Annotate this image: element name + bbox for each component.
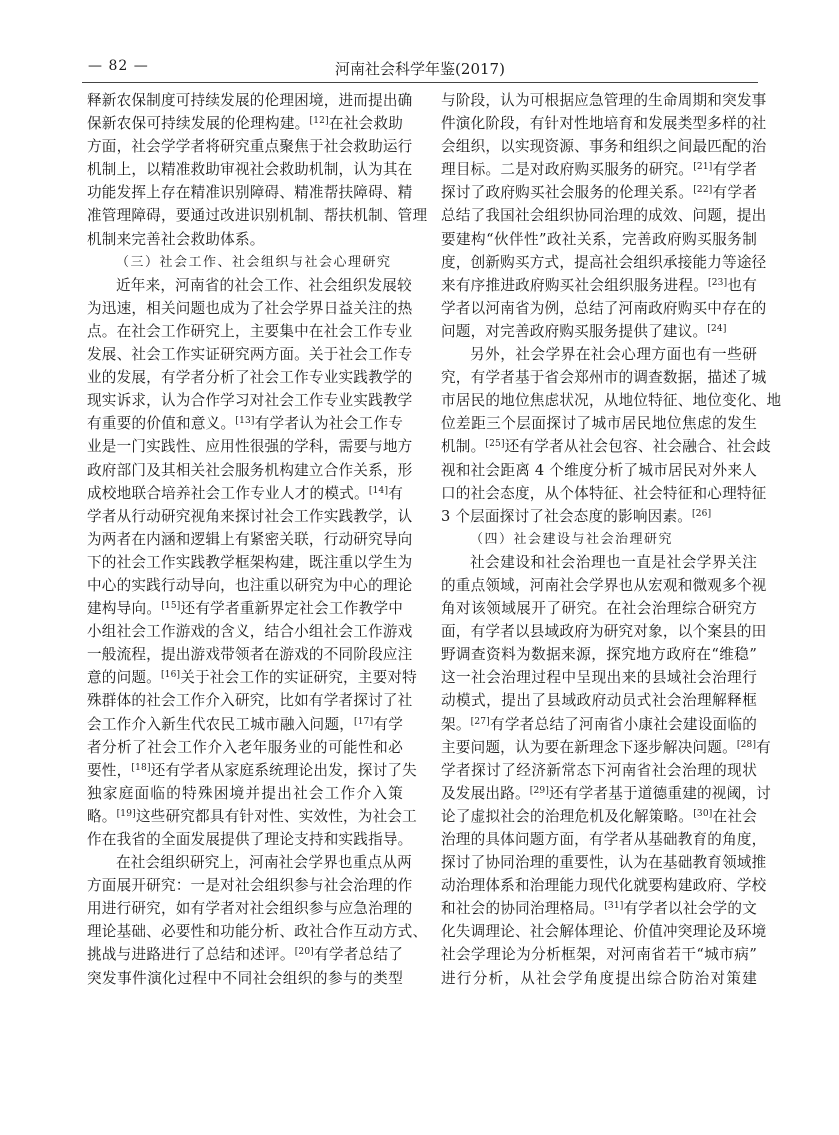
text-line: 机制。[25]还有学者从社会包容、社会融合、社会歧 (441, 435, 757, 458)
text-line: 进行分析，从社会学角度提出综合防治对策建 (441, 967, 757, 990)
text-line: 现实诉求，认为合作学习对社会工作专业实践教学 (87, 389, 403, 412)
line-text-continued: 有学者认为社会工作专 (255, 415, 403, 432)
line-text: 有重要的价值和意义。 (87, 415, 235, 432)
text-line: 建构导向。[15]还有学者重新界定社会工作教学中 (87, 597, 403, 620)
line-text: 架。 (441, 716, 471, 733)
line-text-continued: 还有学者基于道德重建的视阈，讨 (549, 785, 771, 802)
text-line: 总结了我国社会组织协同治理的成效、问题，提出 (441, 204, 757, 227)
citation-ref: [21] (693, 162, 712, 172)
line-text: 建构导向。 (87, 600, 161, 617)
text-line: 中心的实践行动导向，也注重以研究为中心的理论 (87, 574, 403, 597)
citation-ref: [31] (604, 901, 623, 911)
line-text: 动模式，提出了县域政府动员式社会治理解释框 (441, 692, 757, 709)
text-line: 动治理体系和治理能力现代化就要构建政府、学校 (441, 874, 757, 897)
citation-ref: [25] (485, 439, 504, 449)
citation-ref: [12] (310, 116, 329, 126)
line-text: 中心的实践行动导向，也注重以研究为中心的理论 (87, 577, 412, 594)
section-heading: （四）社会建设与社会治理研究 (441, 528, 757, 551)
text-line: 和社会的协同治理格局。[31]有学者以社会学的文 (441, 897, 757, 920)
line-text-continued: 在社会救助 (329, 115, 403, 132)
line-text: 件演化阶段，有针对性地培育和发展类型多样的社 (441, 115, 766, 132)
line-text: 社会建设和社会治理也一直是社会学界关注 (470, 554, 757, 571)
citation-ref: [19] (117, 809, 136, 819)
line-text: 保新农保可持续发展的伦理构建。 (87, 115, 310, 132)
line-text: 方面展开研究：一是对社会组织参与社会治理的作 (87, 877, 412, 894)
text-line: 点。在社会工作研究上，主要集中在社会工作专业 (87, 320, 403, 343)
text-line: 略。[19]这些研究都具有针对性、实效性，为社会工 (87, 805, 403, 828)
text-line: 要性，[18]还有学者从家庭系统理论出发，探讨了失 (87, 759, 403, 782)
text-line: 作在我省的全面发展提供了理论支持和实践指导。 (87, 828, 403, 851)
left-text-column: 释新农保制度可持续发展的伦理困境，进而提出确保新农保可持续发展的伦理构建。[12… (87, 89, 403, 990)
text-line: 口的社会态度，从个体特征、社会特征和心理特征 (441, 482, 757, 505)
citation-ref: [26] (692, 509, 711, 519)
section-heading: （三）社会工作、社会组织与社会心理研究 (87, 251, 403, 274)
line-text: 及发展出路。 (441, 785, 530, 802)
text-line: 角对该领域展开了研究。在社会治理综合研究方 (441, 597, 757, 620)
text-line: 机制来完善社会救助体系。 (87, 228, 403, 251)
text-line: 问题，对完善政府购买服务提供了建议。[24] (441, 320, 757, 343)
text-line: 挑战与进路进行了总结和述评。[20]有学者总结了 (87, 943, 403, 966)
line-text: 的重点领域，河南社会学界也从宏观和微观多个视 (441, 577, 766, 594)
line-text: 下的社会工作实践教学框架构建，既注重以学生为 (87, 554, 412, 571)
citation-ref: [16] (161, 670, 180, 680)
line-text: 学者探讨了经济新常态下河南省社会治理的现状 (441, 762, 757, 779)
text-line: 这一社会治理过程中呈现出来的县域社会治理行 (441, 666, 757, 689)
line-text: 业是一门实践性、应用性很强的学科，需要与地方 (87, 438, 412, 455)
text-line: 释新农保制度可持续发展的伦理困境，进而提出确 (87, 89, 403, 112)
line-text-continued: 关于社会工作的实证研究，主要对特 (180, 669, 417, 686)
line-text: 意的问题。 (87, 669, 161, 686)
text-line: 在社会组织研究上，河南社会学界也重点从两 (87, 851, 403, 874)
text-line: 准管理障碍，要通过改进识别机制、帮扶机制、管理 (87, 204, 403, 227)
line-text: 另外，社会学界在社会心理方面也有一些研 (470, 346, 757, 363)
line-text: 总结了我国社会组织协同治理的成效、问题，提出 (441, 207, 766, 224)
line-text-continued: 还有学者从社会包容、社会融合、社会歧 (505, 438, 771, 455)
text-line: 一般流程，提出游戏带领者在游戏的不同阶段应注 (87, 643, 403, 666)
line-text: 探讨了协同治理的重要性，认为在基础教育领域推 (441, 854, 766, 871)
line-text: 者分析了社会工作介入老年服务业的可能性和必 (87, 739, 403, 756)
text-line: 及发展出路。[29]还有学者基于道德重建的视阈，讨 (441, 782, 757, 805)
text-line: 功能发挥上存在精准识别障碍、精准帮扶障碍、精 (87, 181, 403, 204)
text-line: 业是一门实践性、应用性很强的学科，需要与地方 (87, 435, 403, 458)
line-text: 野调查资料为数据来源，探究地方政府在“维稳” (441, 646, 757, 663)
text-line: 学者从行动研究视角来探讨社会工作实践教学，认 (87, 505, 403, 528)
line-text: 成校地联合培养社会工作专业人才的模式。 (87, 485, 369, 502)
line-text: 问题，对完善政府购买服务提供了建议。 (441, 323, 707, 340)
line-text: 准管理障碍，要通过改进识别机制、帮扶机制、管理 (87, 207, 427, 224)
text-line: 3 个层面探讨了社会态度的影响因素。[26] (441, 505, 757, 528)
citation-ref: [14] (369, 486, 388, 496)
citation-ref: [24] (707, 324, 726, 334)
line-text: 治理的具体问题方面，有学者从基础教育的角度， (441, 831, 766, 848)
text-line: 业的发展，有学者分析了社会工作专业实践教学的 (87, 366, 403, 389)
text-line: 论了虚拟社会的治理危机及化解策略。[30]在社会 (441, 805, 757, 828)
text-line: 度，创新购买方式，提高社会组织承接能力等途径 (441, 251, 757, 274)
line-text: 位差距三个层面探讨了城市居民地位焦虑的发生 (441, 415, 757, 432)
line-text: 社会学理论为分析框架，对河南省若干“城市病” (441, 946, 757, 963)
line-text: 理目标。二是对政府购买服务的研究。 (441, 161, 693, 178)
text-line: 理论基础、必要性和功能分析、政社合作互动方式、 (87, 920, 403, 943)
line-text-continued: 有 (756, 739, 771, 756)
text-line: 架。[27]有学者总结了河南省小康社会建设面临的 (441, 713, 757, 736)
text-line: 方面展开研究：一是对社会组织参与社会治理的作 (87, 874, 403, 897)
text-line: 会组织，以实现资源、事务和组织之间最匹配的治 (441, 135, 757, 158)
line-text-continued: 有学者以社会学的文 (623, 900, 757, 917)
line-text: 机制上，以精准救助审视社会救助机制，认为其在 (87, 161, 412, 178)
text-line: 视和社会距离 4 个维度分析了城市居民对外来人 (441, 459, 757, 482)
line-text: 殊群体的社会工作介入研究，比如有学者探讨了社 (87, 692, 412, 709)
running-title: 河南社会科学年鉴(2017) (82, 58, 758, 79)
text-line: 件演化阶段，有针对性地培育和发展类型多样的社 (441, 112, 757, 135)
text-line: 位差距三个层面探讨了城市居民地位焦虑的发生 (441, 412, 757, 435)
line-text: 在社会组织研究上，河南社会学界也重点从两 (116, 854, 412, 871)
line-text: 进行分析，从社会学角度提出综合防治对策建 (441, 970, 757, 987)
text-line: 会工作介入新生代农民工城市融入问题，[17]有学 (87, 713, 403, 736)
line-text: 小组社会工作游戏的含义，结合小组社会工作游戏 (87, 623, 412, 640)
citation-ref: [23] (708, 278, 727, 288)
citation-ref: [30] (693, 809, 712, 819)
text-line: 社会建设和社会治理也一直是社会学界关注 (441, 551, 757, 574)
text-line: 保新农保可持续发展的伦理构建。[12]在社会救助 (87, 112, 403, 135)
text-line: 社会学理论为分析框架，对河南省若干“城市病” (441, 943, 757, 966)
header-divider (82, 82, 758, 83)
line-text-continued: 这些研究都具有针对性、实效性，为社会工 (136, 808, 417, 825)
line-text: 政府部门及其相关社会服务机构建立合作关系，形 (87, 462, 412, 479)
line-text: 究，有学者基于省会郑州市的调查数据，描述了城 (441, 369, 766, 386)
line-text: 机制。 (441, 438, 485, 455)
line-text: （三）社会工作、社会组织与社会心理研究 (116, 255, 392, 270)
citation-ref: [13] (235, 416, 254, 426)
line-text: 为两者在内涵和逻辑上有紧密关联，行动研究导向 (87, 531, 412, 548)
text-line: 为迅速，相关问题也成为了社会学界日益关注的热 (87, 297, 403, 320)
citation-ref: [22] (693, 185, 712, 195)
line-text: 探讨了政府购买社会服务的伦理关系。 (441, 184, 693, 201)
line-text: 释新农保制度可持续发展的伦理困境，进而提出确 (87, 92, 412, 109)
line-text: 要建构“伙伴性”政社关系，完善政府购买服务制 (441, 231, 757, 248)
line-text: 3 个层面探讨了社会态度的影响因素。 (441, 508, 692, 525)
line-text: 和社会的协同治理格局。 (441, 900, 604, 917)
line-text: 点。在社会工作研究上，主要集中在社会工作专业 (87, 323, 412, 340)
text-line: 化失调理论、社会解体理论、价值冲突理论及环境 (441, 920, 757, 943)
line-text-continued: 有学者总结了河南省小康社会建设面临的 (490, 716, 757, 733)
line-text: 动治理体系和治理能力现代化就要构建政府、学校 (441, 877, 766, 894)
line-text: 主要问题，认为要在新理念下逐步解决问题。 (441, 739, 737, 756)
citation-ref: [20] (295, 947, 314, 957)
line-text-continued: 还有学者重新界定社会工作教学中 (180, 600, 403, 617)
line-text-continued: 有学者 (712, 184, 757, 201)
text-line: 者分析了社会工作介入老年服务业的可能性和必 (87, 736, 403, 759)
line-text: 会组织，以实现资源、事务和组织之间最匹配的治 (441, 138, 766, 155)
citation-ref: [28] (737, 740, 756, 750)
text-line: 机制上，以精准救助审视社会救助机制，认为其在 (87, 158, 403, 181)
line-text: 面，有学者以县域政府为研究对象，以个案县的田 (441, 623, 766, 640)
text-line: 下的社会工作实践教学框架构建，既注重以学生为 (87, 551, 403, 574)
text-line: 的重点领域，河南社会学界也从宏观和微观多个视 (441, 574, 757, 597)
line-text: 功能发挥上存在精准识别障碍、精准帮扶障碍、精 (87, 184, 412, 201)
right-text-column: 与阶段，认为可根据应急管理的生命周期和突发事件演化阶段，有针对性地培育和发展类型… (441, 89, 757, 990)
text-line: 为两者在内涵和逻辑上有紧密关联，行动研究导向 (87, 528, 403, 551)
line-text: 要性， (87, 762, 131, 779)
line-text: 理论基础、必要性和功能分析、政社合作互动方式、 (87, 923, 427, 940)
line-text: 来有序推进政府购买社会组织服务进程。 (441, 277, 708, 294)
line-text: 这一社会治理过程中呈现出来的县域社会治理行 (441, 669, 757, 686)
text-line: 野调查资料为数据来源，探究地方政府在“维稳” (441, 643, 757, 666)
line-text: 突发事件演化过程中不同社会组织的参与的类型 (87, 970, 403, 987)
text-line: 治理的具体问题方面，有学者从基础教育的角度， (441, 828, 757, 851)
line-text-continued: 有学者总结了 (314, 946, 403, 963)
text-line: 面，有学者以县域政府为研究对象，以个案县的田 (441, 620, 757, 643)
line-text-continued: 有学者 (712, 161, 757, 178)
text-line: 成校地联合培养社会工作专业人才的模式。[14]有 (87, 482, 403, 505)
line-text-continued: 也有 (727, 277, 757, 294)
line-text: 现实诉求，认为合作学习对社会工作专业实践教学 (87, 392, 412, 409)
line-text: 角对该领域展开了研究。在社会治理综合研究方 (441, 600, 757, 617)
text-line: 探讨了政府购买社会服务的伦理关系。[22]有学者 (441, 181, 757, 204)
line-text: 会工作介入新生代农民工城市融入问题， (87, 716, 354, 733)
line-text: 作在我省的全面发展提供了理论支持和实践指导。 (87, 831, 412, 848)
line-text: （四）社会建设与社会治理研究 (470, 532, 673, 547)
line-text: 学者以河南省为例，总结了河南政府购买中存在的 (441, 300, 766, 317)
line-text: 方面，社会学学者将研究重点聚焦于社会救助运行 (87, 138, 412, 155)
citation-ref: [17] (354, 717, 373, 727)
text-line: 意的问题。[16]关于社会工作的实证研究，主要对特 (87, 666, 403, 689)
text-line: 政府部门及其相关社会服务机构建立合作关系，形 (87, 459, 403, 482)
line-text: 度，创新购买方式，提高社会组织承接能力等途径 (441, 254, 766, 271)
text-line: 市居民的地位焦虑状况，从地位特征、地位变化、地 (441, 389, 757, 412)
line-text-continued: 有 (388, 485, 403, 502)
text-line: 小组社会工作游戏的含义，结合小组社会工作游戏 (87, 620, 403, 643)
citation-ref: [29] (530, 786, 549, 796)
line-text: 用进行研究，如有学者对社会组织参与应急治理的 (87, 900, 412, 917)
citation-ref: [27] (471, 717, 490, 727)
text-line: 殊群体的社会工作介入研究，比如有学者探讨了社 (87, 689, 403, 712)
line-text: 机制来完善社会救助体系。 (87, 231, 265, 248)
line-text: 论了虚拟社会的治理危机及化解策略。 (441, 808, 693, 825)
text-line: 要建构“伙伴性”政社关系，完善政府购买服务制 (441, 228, 757, 251)
line-text-continued: 在社会 (712, 808, 757, 825)
line-text: 视和社会距离 4 个维度分析了城市居民对外来人 (441, 462, 757, 479)
citation-ref: [15] (161, 601, 180, 611)
text-line: 主要问题，认为要在新理念下逐步解决问题。[28]有 (441, 736, 757, 759)
line-text: 口的社会态度，从个体特征、社会特征和心理特征 (441, 485, 766, 502)
text-line: 另外，社会学界在社会心理方面也有一些研 (441, 343, 757, 366)
line-text-continued: 有学 (373, 716, 403, 733)
text-line: 与阶段，认为可根据应急管理的生命周期和突发事 (441, 89, 757, 112)
line-text: 业的发展，有学者分析了社会工作专业实践教学的 (87, 369, 412, 386)
line-text: 发展、社会工作实证研究两方面。关于社会工作专 (87, 346, 412, 363)
line-text: 略。 (87, 808, 117, 825)
text-line: 用进行研究，如有学者对社会组织参与应急治理的 (87, 897, 403, 920)
text-line: 学者探讨了经济新常态下河南省社会治理的现状 (441, 759, 757, 782)
text-line: 来有序推进政府购买社会组织服务进程。[23]也有 (441, 274, 757, 297)
text-line: 发展、社会工作实证研究两方面。关于社会工作专 (87, 343, 403, 366)
line-text: 为迅速，相关问题也成为了社会学界日益关注的热 (87, 300, 412, 317)
line-text: 与阶段，认为可根据应急管理的生命周期和突发事 (441, 92, 766, 109)
line-text: 独家庭面临的特殊困境并提出社会工作介入策 (87, 785, 403, 802)
line-text-continued: 还有学者从家庭系统理论出发，探讨了失 (151, 762, 417, 779)
page-header: — 82 — 河南社会科学年鉴(2017) (82, 56, 758, 80)
text-line: 理目标。二是对政府购买服务的研究。[21]有学者 (441, 158, 757, 181)
citation-ref: [18] (131, 763, 150, 773)
line-text: 近年来，河南省的社会工作、社会组织发展较 (116, 277, 412, 294)
line-text: 学者从行动研究视角来探讨社会工作实践教学，认 (87, 508, 412, 525)
line-text: 化失调理论、社会解体理论、价值冲突理论及环境 (441, 923, 766, 940)
text-line: 独家庭面临的特殊困境并提出社会工作介入策 (87, 782, 403, 805)
text-line: 探讨了协同治理的重要性，认为在基础教育领域推 (441, 851, 757, 874)
line-text: 一般流程，提出游戏带领者在游戏的不同阶段应注 (87, 646, 412, 663)
text-line: 动模式，提出了县域政府动员式社会治理解释框 (441, 689, 757, 712)
text-line: 突发事件演化过程中不同社会组织的参与的类型 (87, 967, 403, 990)
text-line: 近年来，河南省的社会工作、社会组织发展较 (87, 274, 403, 297)
text-line: 有重要的价值和意义。[13]有学者认为社会工作专 (87, 412, 403, 435)
line-text: 市居民的地位焦虑状况，从地位特征、地位变化、地 (441, 392, 781, 409)
text-line: 究，有学者基于省会郑州市的调查数据，描述了城 (441, 366, 757, 389)
text-line: 方面，社会学学者将研究重点聚焦于社会救助运行 (87, 135, 403, 158)
text-line: 学者以河南省为例，总结了河南政府购买中存在的 (441, 297, 757, 320)
line-text: 挑战与进路进行了总结和述评。 (87, 946, 295, 963)
